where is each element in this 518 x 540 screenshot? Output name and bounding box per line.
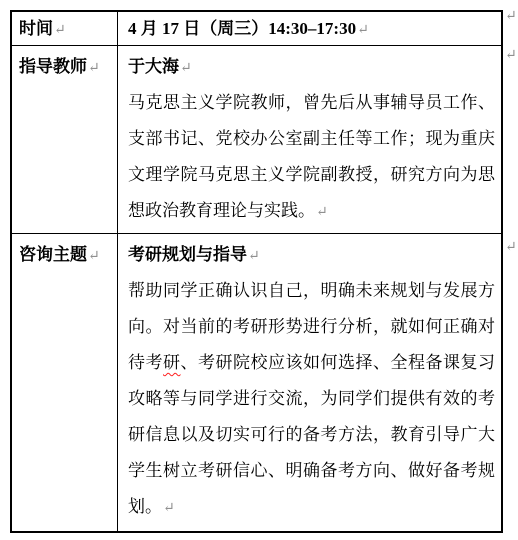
row-end-mark-icon: ↵ — [505, 10, 517, 24]
advisor-bio-line: 想政治教育理论与实践。↵ — [128, 193, 495, 229]
time-value-cell[interactable]: 4 月 17 日（周三）14:30–17:30↵ — [118, 12, 501, 45]
time-value: 4 月 17 日（周三）14:30–17:30 — [128, 19, 356, 38]
advisor-label-cell[interactable]: 指导教师↵ — [12, 46, 118, 233]
advisor-name-line: 于大海↵ — [128, 49, 495, 85]
topic-body-line-spellcheck: 待考研、考研院校应该如何选择、全程备课复习 — [128, 345, 495, 381]
time-label: 时间 — [19, 19, 53, 38]
advisor-bio-line: 文理学院马克思主义学院副教授，研究方向为思 — [128, 157, 495, 193]
topic-body-line: 学生树立考研信心、明确备考方向、做好备考规 — [128, 453, 495, 489]
advisor-bio-text: 想政治教育理论与实践。 — [128, 201, 315, 220]
paragraph-mark-icon: ↵ — [315, 205, 328, 220]
table-row-topic: 咨询主题↵ 考研规划与指导↵ 帮助同学正确认识自己，明确未来规划与发展方 向。对… — [12, 233, 501, 531]
topic-body-line: 向。对当前的考研形势进行分析，就如何正确对 — [128, 309, 495, 345]
paragraph-mark-icon: ↵ — [87, 249, 100, 264]
topic-content-cell[interactable]: 考研规划与指导↵ 帮助同学正确认识自己，明确未来规划与发展方 向。对当前的考研形… — [118, 234, 501, 531]
paragraph-mark-icon: ↵ — [87, 61, 100, 76]
topic-label-line: 咨询主题↵ — [19, 237, 113, 273]
row-end-mark-icon: ↵ — [505, 49, 517, 63]
topic-title: 考研规划与指导 — [128, 245, 247, 264]
paragraph-mark-icon: ↵ — [179, 61, 192, 76]
paragraph-mark-icon: ↵ — [162, 501, 175, 516]
row-end-mark-icon: ↵ — [505, 241, 517, 255]
advisor-label: 指导教师 — [19, 57, 87, 76]
topic-body-text: 待考 — [128, 353, 163, 372]
topic-body-line: 划。↵ — [128, 489, 495, 525]
advisor-content-cell[interactable]: 于大海↵ 马克思主义学院教师，曾先后从事辅导员工作、 支部书记、党校办公室副主任… — [118, 46, 501, 233]
advisor-name: 于大海 — [128, 57, 179, 76]
schedule-table: 时间↵ 4 月 17 日（周三）14:30–17:30↵ 指导教师↵ 于大海↵ … — [10, 10, 503, 533]
topic-label: 咨询主题 — [19, 245, 87, 264]
topic-body-line: 帮助同学正确认识自己，明确未来规划与发展方 — [128, 273, 495, 309]
document-page: 时间↵ 4 月 17 日（周三）14:30–17:30↵ 指导教师↵ 于大海↵ … — [0, 0, 518, 540]
time-value-line: 4 月 17 日（周三）14:30–17:30↵ — [128, 12, 495, 45]
topic-label-cell[interactable]: 咨询主题↵ — [12, 234, 118, 531]
paragraph-mark-icon: ↵ — [247, 249, 260, 264]
paragraph-mark-icon: ↵ — [356, 23, 369, 38]
time-label-line: 时间↵ — [19, 12, 113, 45]
topic-body-line: 研信息以及切实可行的备考方法，教育引导广大 — [128, 417, 495, 453]
table-row-time: 时间↵ 4 月 17 日（周三）14:30–17:30↵ — [12, 12, 501, 45]
spellcheck-underlined-text: 研 — [163, 353, 181, 372]
advisor-label-line: 指导教师↵ — [19, 49, 113, 85]
topic-body-text: 、考研院校应该如何选择、全程备课复习 — [181, 353, 496, 372]
advisor-bio-line: 马克思主义学院教师，曾先后从事辅导员工作、 — [128, 85, 495, 121]
topic-body-text: 划。 — [128, 497, 162, 516]
table-row-advisor: 指导教师↵ 于大海↵ 马克思主义学院教师，曾先后从事辅导员工作、 支部书记、党校… — [12, 45, 501, 233]
topic-body-line: 攻略等与同学进行交流，为同学们提供有效的考 — [128, 381, 495, 417]
time-label-cell[interactable]: 时间↵ — [12, 12, 118, 45]
topic-title-line: 考研规划与指导↵ — [128, 237, 495, 273]
advisor-bio-line: 支部书记、党校办公室副主任等工作；现为重庆 — [128, 121, 495, 157]
paragraph-mark-icon: ↵ — [53, 23, 66, 38]
